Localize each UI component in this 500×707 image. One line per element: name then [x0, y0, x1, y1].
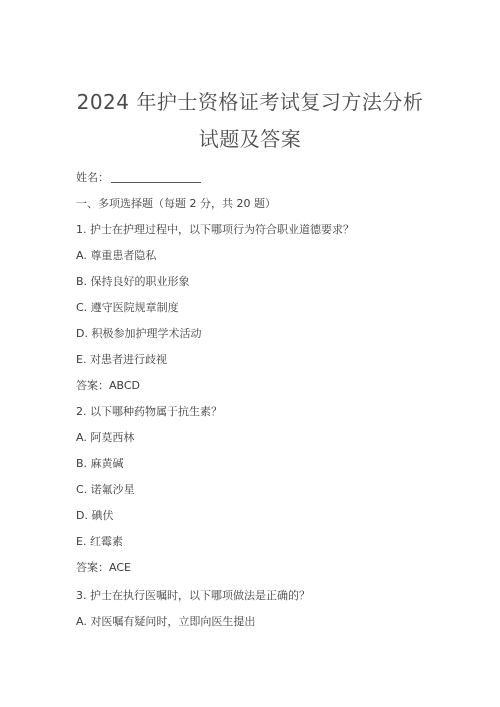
question-2-option-c: C. 诺氟沙星 — [76, 481, 135, 497]
name-blank-line — [111, 172, 201, 183]
question-1-option-d: D. 积极参加护理学术活动 — [76, 325, 201, 341]
question-2-stem: 2. 以下哪种药物属于抗生素？ — [76, 403, 222, 419]
name-label: 姓名： — [76, 171, 109, 184]
question-2-option-b: B. 麻黄碱 — [76, 455, 124, 471]
question-2-answer: 答案：ACE — [76, 559, 131, 575]
question-1-option-e: E. 对患者进行歧视 — [76, 351, 167, 367]
question-2-option-e: E. 红霉素 — [76, 533, 123, 549]
question-1-option-c: C. 遵守医院规章制度 — [76, 299, 179, 315]
question-1-option-b: B. 保持良好的职业形象 — [76, 273, 190, 289]
section-heading: 一、多项选择题（每题 2 分，共 20 题） — [76, 195, 276, 211]
question-3-stem: 3. 护士在执行医嘱时，以下哪项做法是正确的？ — [76, 587, 310, 603]
name-field: 姓名： — [76, 169, 201, 185]
document-title-line-2: 试题及答案 — [0, 123, 500, 152]
document-title-line-1: 2024 年护士资格证考试复习方法分析 — [0, 86, 500, 115]
question-2-option-a: A. 阿莫西林 — [76, 429, 134, 445]
question-2-option-d: D. 碘伏 — [76, 507, 113, 523]
question-1-stem: 1. 护士在护理过程中，以下哪项行为符合职业道德要求？ — [76, 221, 354, 237]
question-1-answer: 答案：ABCD — [76, 377, 140, 393]
question-3-option-a: A. 对医嘱有疑问时，立即向医生提出 — [76, 613, 255, 629]
question-1-option-a: A. 尊重患者隐私 — [76, 247, 156, 263]
